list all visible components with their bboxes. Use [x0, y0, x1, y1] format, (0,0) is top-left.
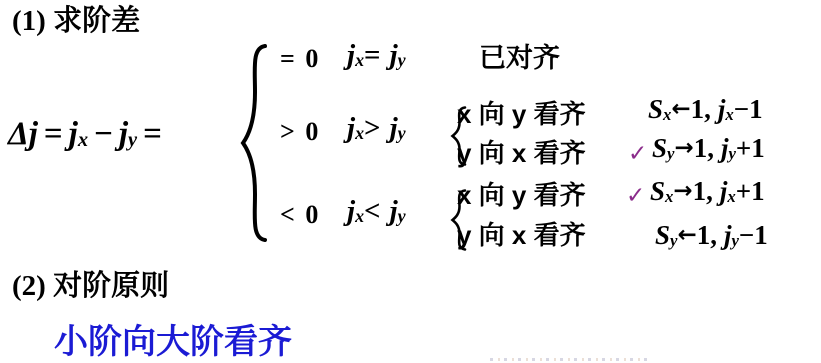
case-2-line-0-label: x 向 y 看齐 — [457, 181, 586, 210]
case-2-line-1-label: y 向 x 看齐 — [457, 221, 586, 250]
check-icon: ✓ — [626, 184, 645, 209]
delta-j-formula: Δj = jx − jy = — [8, 116, 168, 152]
res-value: 1, — [691, 95, 711, 125]
res-delta: −1 — [734, 95, 763, 125]
check-icon: ✓ — [628, 142, 647, 167]
case-2-relation: jx<jy — [347, 196, 406, 228]
rel-j-base: j — [390, 196, 398, 228]
res-S-base: S — [655, 221, 670, 251]
rel-j-base: j — [347, 40, 355, 72]
res-S-base: S — [652, 134, 667, 164]
already-aligned-note: 已对齐 — [479, 44, 560, 74]
right-arrow-icon: → — [673, 179, 692, 204]
right-arrow-icon: → — [674, 136, 693, 161]
big-brace — [240, 42, 268, 244]
res-delta: −1 — [739, 221, 768, 251]
rel-j-base: j — [390, 40, 398, 72]
res-delta: +1 — [736, 134, 765, 164]
res-value: 1, — [694, 134, 714, 164]
case-0-relation: jx=jy — [347, 40, 406, 72]
res-S-base: S — [648, 95, 663, 125]
rel-j-base: j — [347, 196, 355, 228]
case-1-condition: > 0 — [280, 118, 320, 147]
case-2-line-1-result: Sy←1,jy−1 — [655, 221, 768, 251]
rel-op: = — [364, 40, 381, 72]
slide: (1) 求阶差 Δj = jx − jy = = 0 jx=jy 已对齐 > 0… — [0, 0, 821, 363]
rel-op: < — [364, 196, 381, 228]
case-1-line-1-result: Sy→1,jy+1 — [652, 134, 765, 164]
case-2-condition: < 0 — [280, 201, 320, 230]
cut-off-footer-text — [490, 358, 652, 361]
res-value: 1, — [693, 177, 713, 207]
res-value: 1, — [697, 221, 717, 251]
left-arrow-icon: ← — [677, 223, 696, 248]
rel-j-base: j — [347, 113, 355, 145]
formula-jx-base: j — [69, 116, 78, 152]
section-1-heading: (1) 求阶差 — [12, 6, 140, 38]
case-1-line-1-label: y 向 x 看齐 — [457, 139, 586, 168]
left-arrow-icon: ← — [671, 97, 690, 122]
formula-minus: − — [94, 116, 113, 152]
formula-equals-2: = — [143, 116, 162, 152]
rel-j-base: j — [390, 113, 398, 145]
formula-jy-base: j — [119, 116, 128, 152]
res-delta: +1 — [736, 177, 765, 207]
formula-delta-j: Δj — [8, 116, 38, 152]
section-2-heading: (2) 对阶原则 — [12, 271, 169, 303]
case-0-condition: = 0 — [280, 45, 320, 74]
formula-equals: = — [44, 116, 63, 152]
case-1-line-0-label: x 向 y 看齐 — [457, 100, 586, 129]
case-2-line-0-result: Sx→1,jx+1 — [650, 177, 765, 207]
res-S-base: S — [650, 177, 665, 207]
principle-text: 小阶向大阶看齐 — [54, 324, 292, 361]
case-1-line-0-result: Sx←1,jx−1 — [648, 95, 763, 125]
case-1-relation: jx>jy — [347, 113, 406, 145]
rel-op: > — [364, 113, 381, 145]
